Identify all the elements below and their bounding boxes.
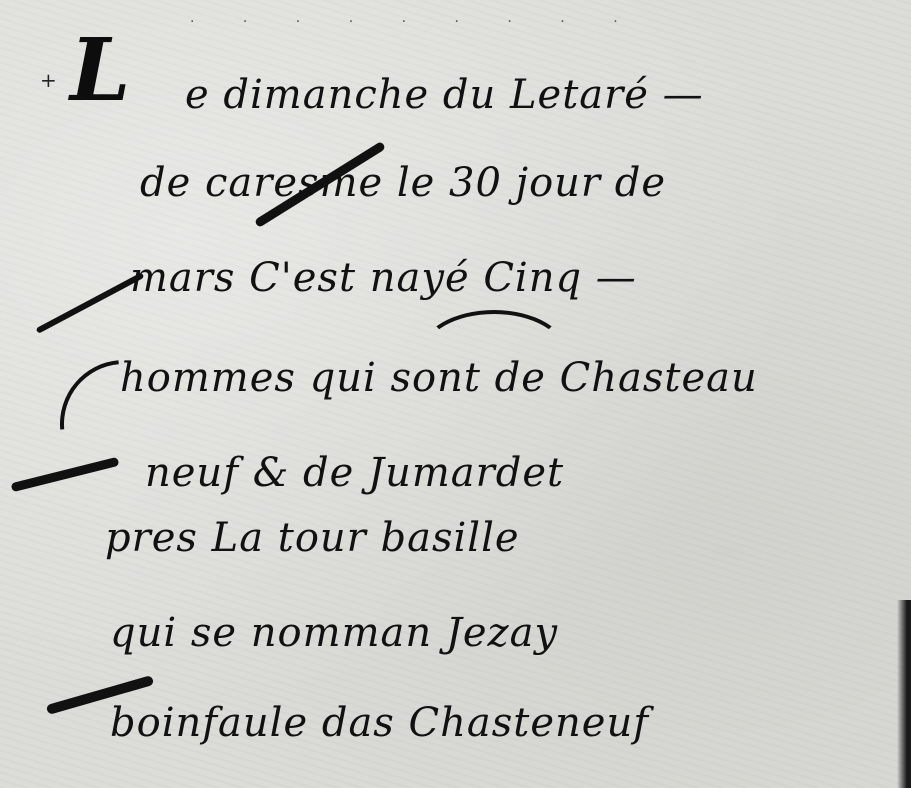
decorated-initial-letter: L — [70, 20, 130, 121]
margin-cross-mark: + — [40, 68, 57, 92]
faint-bleedthrough-text: . . . . . . . . . — [190, 10, 640, 26]
ink-flourish-stroke — [36, 272, 145, 334]
page-edge-shadow — [897, 600, 911, 788]
ink-loop-flourish — [420, 310, 568, 398]
manuscript-line-3: mars C'est nayé Cinq — — [130, 255, 637, 301]
manuscript-page: . . . . . . . . . + L e dimanche du Leta… — [0, 0, 911, 788]
manuscript-line-2: de caresme le 30 jour de — [140, 160, 666, 206]
manuscript-line-7: qui se nomman Jezay — [110, 610, 558, 656]
manuscript-line-6: pres La tour basille — [105, 515, 520, 561]
manuscript-line-1: e dimanche du Letaré — — [185, 72, 704, 118]
manuscript-line-8: boinfaule das Chasteneuf — [110, 700, 649, 746]
manuscript-line-5: neuf & de Jumardet — [145, 450, 564, 496]
